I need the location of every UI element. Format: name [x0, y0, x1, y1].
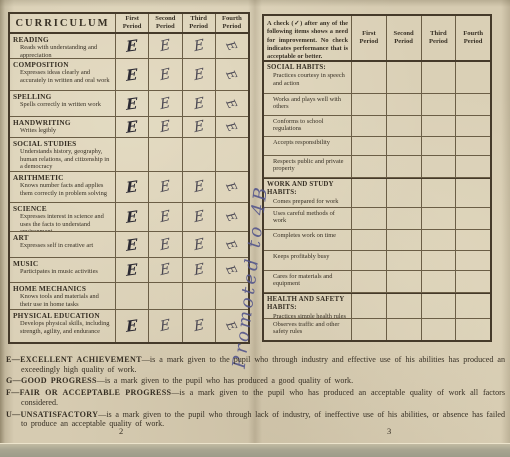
subject-description: Expresses ideas clearly and accurately i…: [13, 69, 112, 84]
habit-label-cell: Observes traffic and other safety rules: [264, 319, 352, 340]
check-cell: [387, 62, 422, 93]
subject-cell: SCIENCE Expresses interest in science an…: [10, 203, 116, 231]
grade-cell: E: [216, 59, 248, 90]
habit-row: Accepts responsibility: [264, 137, 490, 156]
check-cell: [422, 208, 457, 229]
grade-cell: [116, 283, 149, 309]
grade-cell: E: [149, 91, 182, 116]
subject-name: HOME MECHANICS: [13, 285, 112, 293]
habit-label-cell: Keeps profitably busy: [264, 251, 352, 270]
table-row-science: SCIENCE Expresses interest in science an…: [10, 203, 248, 232]
grade-cell: E: [216, 34, 248, 58]
habit-row: Works and plays well with others: [264, 94, 490, 116]
habit-label-cell: Uses careful methods of work: [264, 208, 352, 229]
check-cell: [352, 319, 387, 340]
handwritten-grade: E: [160, 317, 172, 336]
handwritten-grade: E: [224, 120, 240, 134]
handwritten-grade: E: [193, 94, 205, 113]
handwritten-grade: E: [126, 316, 138, 336]
handwritten-grade: E: [224, 180, 240, 194]
habit-label-cell: WORK AND STUDY HABITS: Comes prepared fo…: [264, 179, 352, 207]
table-row-composition: COMPOSITION Expresses ideas clearly and …: [10, 59, 248, 91]
curriculum-header-row: CURRICULUM First Period Second Period Th…: [10, 14, 248, 34]
subject-description: Participates in music activities: [13, 268, 112, 275]
subject-description: Expresses self in creative art: [13, 242, 112, 249]
subject-cell: READING Reads with understanding and app…: [10, 34, 116, 58]
habit-item: Accepts responsibility: [267, 139, 348, 146]
habit-label-cell: Respects public and private property: [264, 156, 352, 177]
check-cell: [456, 294, 490, 318]
grade-cell: [149, 138, 182, 171]
habit-row: Conforms to school regulations: [264, 116, 490, 137]
habit-item: Keeps profitably busy: [267, 253, 348, 260]
subject-cell: ARITHMETIC Knows number facts and applie…: [10, 172, 116, 202]
check-cell: [352, 294, 387, 318]
handwritten-grade: E: [193, 65, 205, 84]
subject-cell: HANDWRITING Writes legibly: [10, 117, 116, 137]
handwritten-grade: E: [160, 208, 172, 227]
habit-item: Practices courtesy in speech and action: [267, 72, 348, 87]
handwritten-grade: E: [224, 67, 240, 81]
table-row-art: ART Expresses self in creative art E E E…: [10, 232, 248, 258]
table-row-physical-education: PHYSICAL EDUCATION Develops physical ski…: [10, 310, 248, 342]
section-title: SOCIAL HABITS:: [267, 64, 348, 72]
grade-cell: [216, 283, 248, 309]
handwritten-grade: E: [193, 208, 205, 227]
check-cell: [352, 179, 387, 207]
subject-name: HANDWRITING: [13, 119, 112, 127]
habit-row: Keeps profitably busy: [264, 251, 490, 271]
grade-cell: E: [116, 172, 149, 202]
handwritten-grade: E: [160, 178, 172, 197]
habit-row-social-habits: SOCIAL HABITS: Practices courtesy in spe…: [264, 62, 490, 94]
grade-cell: E: [216, 91, 248, 116]
habits-header-row: A check (✓) after any of the following i…: [264, 16, 490, 62]
subject-cell: SPELLING Spells correctly in written wor…: [10, 91, 116, 116]
check-cell: [422, 94, 457, 115]
handwritten-grade: E: [126, 117, 138, 137]
handwritten-grade: E: [224, 319, 240, 333]
grade-cell: E: [183, 91, 216, 116]
table-row-social-studies: SOCIAL STUDIES Understands history, geog…: [10, 138, 248, 172]
habits-header-note: A check (✓) after any of the following i…: [264, 16, 352, 60]
section-title: WORK AND STUDY HABITS:: [267, 181, 348, 198]
subject-cell: SOCIAL STUDIES Understands history, geog…: [10, 138, 116, 171]
habits-table: A check (✓) after any of the following i…: [262, 14, 492, 342]
habit-label-cell: SOCIAL HABITS: Practices courtesy in spe…: [264, 62, 352, 93]
handwritten-grade: E: [126, 207, 138, 227]
handwritten-grade: E: [160, 118, 172, 137]
column-header-third-period: Third Period: [183, 14, 216, 32]
handwritten-grade: E: [224, 263, 240, 277]
handwritten-grade: E: [126, 260, 138, 280]
column-header-first-period: First Period: [116, 14, 149, 32]
subject-cell: ART Expresses self in creative art: [10, 232, 116, 257]
table-row-spelling: SPELLING Spells correctly in written wor…: [10, 91, 248, 117]
legend-item-good: G—GOOD PROGRESS—is a mark given to the p…: [6, 376, 505, 386]
handwritten-grade: E: [224, 39, 240, 53]
habit-item: Completes work on time: [267, 232, 348, 239]
grade-cell: E: [116, 203, 149, 231]
habit-label-cell: HEALTH AND SAFETY HABITS: Practices simp…: [264, 294, 352, 318]
habit-label-cell: Conforms to school regulations: [264, 116, 352, 136]
legend-item-fair: F—FAIR OR ACCEPTABLE PROGRESS—is a mark …: [6, 388, 505, 407]
grade-cell: E: [149, 203, 182, 231]
grade-cell: [216, 138, 248, 171]
grade-cell: E: [183, 232, 216, 257]
subject-name: READING: [13, 36, 112, 44]
check-cell: [387, 271, 422, 292]
check-cell: [422, 230, 457, 250]
grade-cell: E: [116, 59, 149, 90]
check-cell: [456, 116, 490, 136]
habit-item: Observes traffic and other safety rules: [267, 321, 348, 336]
grade-cell: [183, 283, 216, 309]
handwritten-grade: E: [160, 94, 172, 113]
section-title: HEALTH AND SAFETY HABITS:: [267, 296, 348, 313]
table-row-home-mechanics: HOME MECHANICS Knows tools and materials…: [10, 283, 248, 310]
subject-name: MUSIC: [13, 260, 112, 268]
habit-item: Cares for materials and equipment: [267, 273, 348, 288]
grade-cell: E: [116, 310, 149, 342]
check-cell: [456, 137, 490, 155]
habit-item: Practices simple health rules: [267, 313, 348, 318]
habit-label-cell: Completes work on time: [264, 230, 352, 250]
check-cell: [387, 156, 422, 177]
handwritten-grade: E: [193, 178, 205, 197]
check-cell: [456, 156, 490, 177]
grade-cell: E: [183, 117, 216, 137]
check-cell: [387, 230, 422, 250]
grade-cell: E: [116, 91, 149, 116]
subject-description: Understands history, geography, human re…: [13, 148, 112, 170]
check-cell: [422, 179, 457, 207]
check-cell: [352, 230, 387, 250]
subject-name: SPELLING: [13, 93, 112, 101]
check-cell: [456, 230, 490, 250]
subject-description: Knows number facts and applies them corr…: [13, 182, 112, 197]
table-row-arithmetic: ARITHMETIC Knows number facts and applie…: [10, 172, 248, 203]
check-cell: [387, 137, 422, 155]
grade-cell: E: [216, 117, 248, 137]
handwritten-grade: E: [126, 235, 138, 255]
check-cell: [387, 179, 422, 207]
grade-cell: E: [216, 258, 248, 282]
legend-label: E—EXCELLENT ACHIEVEMENT: [6, 355, 142, 364]
habit-row: Respects public and private property: [264, 156, 490, 178]
paper-bottom-edge: [0, 443, 510, 457]
check-cell: [387, 319, 422, 340]
page-number-left: 2: [119, 426, 123, 436]
check-cell: [422, 62, 457, 93]
habit-row-health-safety-habits: HEALTH AND SAFETY HABITS: Practices simp…: [264, 293, 490, 319]
handwritten-grade: E: [224, 210, 240, 224]
grade-cell: E: [183, 310, 216, 342]
grade-cell: E: [183, 59, 216, 90]
habit-row: Observes traffic and other safety rules: [264, 319, 490, 340]
check-cell: [352, 208, 387, 229]
check-cell: [456, 179, 490, 207]
subject-description: Spells correctly in written work: [13, 101, 112, 108]
legend-item-excellent: E—EXCELLENT ACHIEVEMENT—is a mark given …: [6, 355, 505, 374]
handwritten-grade: E: [193, 118, 205, 137]
check-cell: [352, 62, 387, 93]
grade-cell: E: [183, 34, 216, 58]
grade-cell: E: [183, 203, 216, 231]
check-cell: [352, 116, 387, 136]
report-card-page: CURRICULUM First Period Second Period Th…: [0, 0, 510, 457]
habit-label-cell: Works and plays well with others: [264, 94, 352, 115]
handwritten-grade: E: [126, 36, 138, 56]
grade-cell: E: [149, 172, 182, 202]
check-cell: [456, 94, 490, 115]
habit-row: Completes work on time: [264, 230, 490, 251]
habit-item: Works and plays well with others: [267, 96, 348, 111]
check-cell: [352, 94, 387, 115]
subject-cell: HOME MECHANICS Knows tools and materials…: [10, 283, 116, 309]
check-cell: [387, 94, 422, 115]
subject-name: COMPOSITION: [13, 61, 112, 69]
check-cell: [352, 271, 387, 292]
check-cell: [456, 208, 490, 229]
subject-description: Expresses interest in science and uses t…: [13, 213, 112, 231]
table-row-reading: READING Reads with understanding and app…: [10, 34, 248, 59]
grade-cell: E: [183, 258, 216, 282]
habit-row: Cares for materials and equipment: [264, 271, 490, 293]
grade-cell: E: [149, 232, 182, 257]
legend-text: —is a mark given to the pupil who has pr…: [97, 376, 353, 385]
grade-cell: E: [149, 310, 182, 342]
subject-name: ARITHMETIC: [13, 174, 112, 182]
subject-description: Reads with understanding and appreciatio…: [13, 44, 112, 58]
habit-item: Comes prepared for work: [267, 198, 348, 205]
table-row-music: MUSIC Participates in music activities E…: [10, 258, 248, 283]
handwritten-grade: E: [193, 261, 205, 280]
grade-cell: E: [149, 34, 182, 58]
grade-cell: E: [183, 172, 216, 202]
grade-cell: E: [149, 258, 182, 282]
grade-cell: E: [216, 232, 248, 257]
subject-description: Writes legibly: [13, 127, 112, 134]
habit-label-cell: Cares for materials and equipment: [264, 271, 352, 292]
handwritten-grade: E: [224, 96, 240, 110]
check-cell: [456, 62, 490, 93]
check-cell: [422, 116, 457, 136]
check-cell: [387, 208, 422, 229]
check-cell: [422, 137, 457, 155]
column-header-second-period: Second Period: [149, 14, 182, 32]
handwritten-grade: E: [193, 317, 205, 336]
column-header-first-period: First Period: [352, 16, 387, 60]
check-cell: [422, 294, 457, 318]
habit-row-work-study-habits: WORK AND STUDY HABITS: Comes prepared fo…: [264, 178, 490, 208]
grade-cell: [116, 138, 149, 171]
check-cell: [422, 271, 457, 292]
handwritten-grade: E: [224, 237, 240, 251]
subject-cell: COMPOSITION Expresses ideas clearly and …: [10, 59, 116, 90]
habit-item: Respects public and private property: [267, 158, 348, 173]
check-cell: [456, 271, 490, 292]
page-number-right: 3: [387, 426, 391, 436]
grade-cell: E: [116, 34, 149, 58]
handwritten-grade: E: [160, 37, 172, 56]
subject-name: ART: [13, 234, 112, 242]
check-cell: [387, 294, 422, 318]
grade-cell: E: [216, 203, 248, 231]
handwritten-grade: E: [160, 235, 172, 254]
check-cell: [422, 251, 457, 270]
handwritten-grade: E: [126, 177, 138, 197]
subject-cell: PHYSICAL EDUCATION Develops physical ski…: [10, 310, 116, 342]
column-header-third-period: Third Period: [422, 16, 457, 60]
grade-cell: E: [149, 117, 182, 137]
subject-name: PHYSICAL EDUCATION: [13, 312, 112, 320]
grading-legend: E—EXCELLENT ACHIEVEMENT—is a mark given …: [6, 355, 505, 431]
curriculum-table: CURRICULUM First Period Second Period Th…: [8, 12, 250, 344]
legend-item-unsatisfactory: U—UNSATISFACTORY—is a mark given to the …: [6, 410, 505, 429]
column-header-second-period: Second Period: [387, 16, 422, 60]
check-cell: [422, 319, 457, 340]
handwritten-grade: E: [193, 37, 205, 56]
subject-name: SCIENCE: [13, 205, 112, 213]
habit-item: Conforms to school regulations: [267, 118, 348, 133]
check-cell: [422, 156, 457, 177]
grade-cell: E: [216, 310, 248, 342]
subject-name: SOCIAL STUDIES: [13, 140, 112, 148]
check-cell: [352, 251, 387, 270]
grade-cell: E: [116, 258, 149, 282]
handwritten-grade: E: [126, 94, 138, 114]
grade-cell: E: [116, 232, 149, 257]
table-row-handwriting: HANDWRITING Writes legibly E E E E: [10, 117, 248, 138]
grade-cell: E: [216, 172, 248, 202]
legend-label: U—UNSATISFACTORY: [6, 410, 98, 419]
subject-description: Knows tools and materials and their use …: [13, 293, 112, 308]
check-cell: [352, 137, 387, 155]
check-cell: [387, 251, 422, 270]
column-header-fourth-period: Fourth Period: [216, 14, 248, 32]
legend-label: G—GOOD PROGRESS: [6, 376, 97, 385]
habit-row: Uses careful methods of work: [264, 208, 490, 230]
curriculum-title: CURRICULUM: [10, 14, 116, 32]
handwritten-grade: E: [126, 65, 138, 85]
grade-cell: E: [149, 59, 182, 90]
handwritten-grade: E: [160, 261, 172, 280]
check-cell: [352, 156, 387, 177]
check-cell: [456, 319, 490, 340]
handwritten-grade: E: [160, 65, 172, 84]
grade-cell: E: [116, 117, 149, 137]
check-cell: [456, 251, 490, 270]
grade-cell: [183, 138, 216, 171]
subject-cell: MUSIC Participates in music activities: [10, 258, 116, 282]
habit-label-cell: Accepts responsibility: [264, 137, 352, 155]
habit-item: Uses careful methods of work: [267, 210, 348, 225]
check-cell: [387, 116, 422, 136]
handwritten-grade: E: [193, 235, 205, 254]
column-header-fourth-period: Fourth Period: [456, 16, 490, 60]
legend-label: F—FAIR OR ACCEPTABLE PROGRESS: [6, 388, 171, 397]
subject-description: Develops physical skills, including stre…: [13, 320, 112, 335]
grade-cell: [149, 283, 182, 309]
